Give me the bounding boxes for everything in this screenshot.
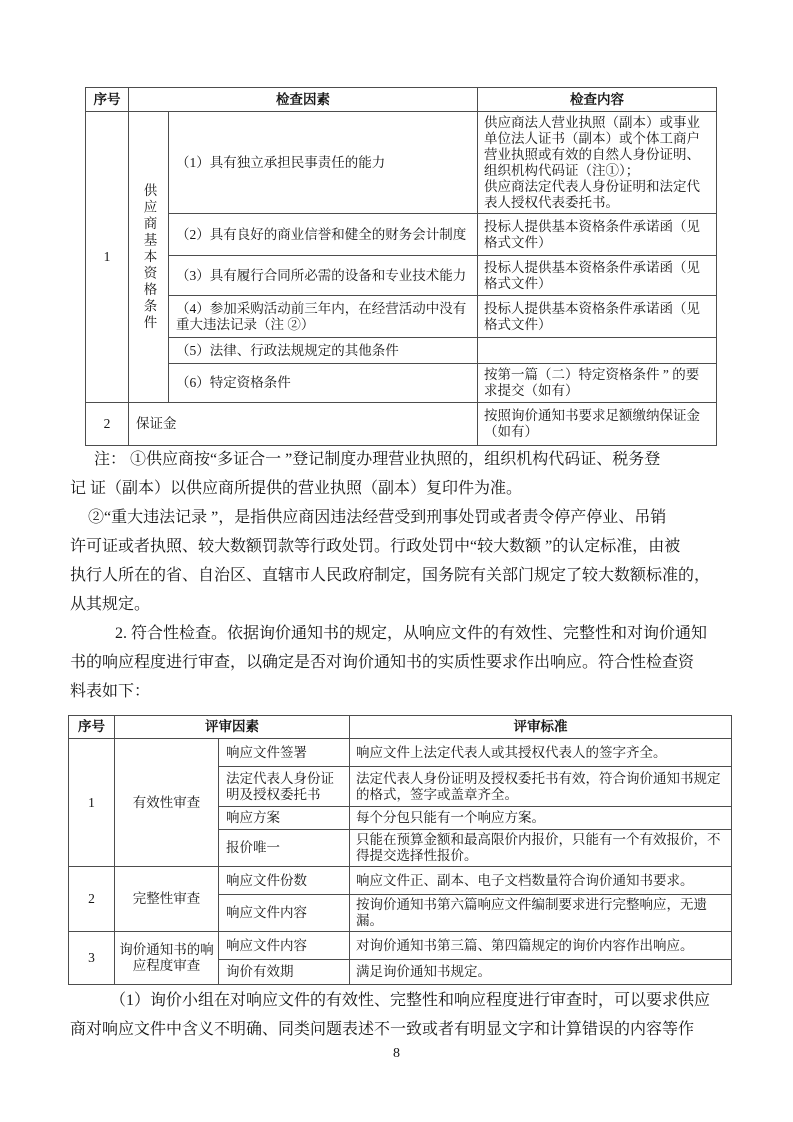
table-row: （5）法律、行政法规规定的其他条件 xyxy=(86,338,717,364)
header-review-standard: 评审标准 xyxy=(350,716,732,739)
note-2: ②“重大违法记录 ”，是指供应商因违法经营受到刑事处罚或者责令停产停业、吊销 许… xyxy=(70,503,730,619)
header-check-factor: 检查因素 xyxy=(129,88,478,112)
review-factor: 询价有效期 xyxy=(219,960,350,985)
check-factor: （5）法律、行政法规规定的其他条件 xyxy=(169,338,478,364)
review-factor: 报价唯一 xyxy=(219,830,350,867)
review-standard: 对询价通知书第三篇、第四篇规定的询价内容作出响应。 xyxy=(350,932,732,960)
review-factor: 法定代表人身份证明及授权委托书 xyxy=(219,767,350,807)
table-row: （2）具有良好的商业信誉和健全的财务会计制度 投标人提供基本资格条件承诺函（见格… xyxy=(86,214,717,256)
category-cell: 供应商基本资格条件 xyxy=(129,112,169,403)
review-standard: 每个分包只能有一个响应方案。 xyxy=(350,807,732,830)
header-review-factor: 评审因素 xyxy=(115,716,350,739)
table-header-row: 序号 检查因素 检查内容 xyxy=(86,88,717,112)
check-factor: （4）参加采购活动前三年内，在经营活动中没有重大违法记录（注 ②） xyxy=(169,296,478,338)
table-row: 1 供应商基本资格条件 （1）具有独立承担民事责任的能力 供应商法人营业执照（副… xyxy=(86,112,717,214)
review-factor: 响应方案 xyxy=(219,807,350,830)
review-factor: 响应文件签署 xyxy=(219,739,350,767)
document-page: 序号 检查因素 检查内容 1 供应商基本资格条件 （1）具有独立承担民事责任的能… xyxy=(0,0,793,1122)
table-row: （3）具有履行合同所必需的设备和专业技术能力 投标人提供基本资格条件承诺函（见格… xyxy=(86,256,717,296)
review-standard: 法定代表人身份证明及授权委托书有效，符合询价通知书规定的格式，签字或盖章齐全。 xyxy=(350,767,732,807)
check-content: 投标人提供基本资格条件承诺函（见格式文件） xyxy=(478,256,717,296)
table-row: 2 完整性审查 响应文件份数 响应文件正、副本、电子文档数量符合询价通知书要求。 xyxy=(69,867,732,895)
table-row: 3 询价通知书的响应程度审查 响应文件内容 对询价通知书第三篇、第四篇规定的询价… xyxy=(69,932,732,960)
compliance-review-table: 序号 评审因素 评审标准 1 有效性审查 响应文件签署 响应文件上法定代表人或其… xyxy=(68,715,732,985)
paragraph-compliance-check: 2. 符合性检查。依据询价通知书的规定，从响应文件的有效性、完整性和对询价通知 … xyxy=(70,619,730,706)
review-standard: 响应文件正、副本、电子文档数量符合询价通知书要求。 xyxy=(350,867,732,895)
check-factor: （3）具有履行合同所必需的设备和专业技术能力 xyxy=(169,256,478,296)
review-standard: 响应文件上法定代表人或其授权代表人的签字齐全。 xyxy=(350,739,732,767)
review-standard: 只能在预算金额和最高限价内报价，只能有一个有效报价，不得提交选择性报价。 xyxy=(350,830,732,867)
review-standard: 满足询价通知书规定。 xyxy=(350,960,732,985)
review-factor: 响应文件份数 xyxy=(219,867,350,895)
note-1: 注： ①供应商按“多证合一 ”登记制度办理营业执照的，组织机构代码证、税务登 记… xyxy=(70,445,730,503)
header-serial: 序号 xyxy=(69,716,115,739)
serial-number: 3 xyxy=(69,932,115,985)
check-content xyxy=(478,338,717,364)
check-content: 投标人提供基本资格条件承诺函（见格式文件） xyxy=(478,296,717,338)
check-content: 供应商法人营业执照（副本）或事业单位法人证书（副本）或个体工商户营业执照或有效的… xyxy=(478,112,717,214)
qualification-check-table: 序号 检查因素 检查内容 1 供应商基本资格条件 （1）具有独立承担民事责任的能… xyxy=(85,87,717,446)
check-factor: （6）特定资格条件 xyxy=(169,364,478,403)
serial-number: 2 xyxy=(69,867,115,932)
page-number: 8 xyxy=(0,1046,793,1062)
table-row: 2 保证金 按照询价通知书要求足额缴纳保证金（如有） xyxy=(86,403,717,446)
check-content: 按第一篇（二）特定资格条件 ” 的要求提交（如有） xyxy=(478,364,717,403)
review-group-label: 完整性审查 xyxy=(115,867,219,932)
header-serial: 序号 xyxy=(86,88,129,112)
paragraph-clarification: （1）询价小组在对响应文件的有效性、完整性和响应程度进行审查时，可以要求供应 商… xyxy=(70,986,730,1044)
table-row: （4）参加采购活动前三年内，在经营活动中没有重大违法记录（注 ②） 投标人提供基… xyxy=(86,296,717,338)
review-group-label: 询价通知书的响应程度审查 xyxy=(115,932,219,985)
review-factor: 响应文件内容 xyxy=(219,932,350,960)
table-row: （6）特定资格条件 按第一篇（二）特定资格条件 ” 的要求提交（如有） xyxy=(86,364,717,403)
bottom-paragraph-section: （1）询价小组在对响应文件的有效性、完整性和响应程度进行审查时，可以要求供应 商… xyxy=(70,986,730,1044)
serial-number: 2 xyxy=(86,403,129,446)
check-content: 按照询价通知书要求足额缴纳保证金（如有） xyxy=(478,403,717,446)
header-check-content: 检查内容 xyxy=(478,88,717,112)
notes-section: 注： ①供应商按“多证合一 ”登记制度办理营业执照的，组织机构代码证、税务登 记… xyxy=(70,445,730,706)
review-factor: 响应文件内容 xyxy=(219,895,350,932)
check-factor: 保证金 xyxy=(129,403,478,446)
serial-number: 1 xyxy=(86,112,129,403)
check-factor: （1）具有独立承担民事责任的能力 xyxy=(169,112,478,214)
check-factor: （2）具有良好的商业信誉和健全的财务会计制度 xyxy=(169,214,478,256)
serial-number: 1 xyxy=(69,739,115,867)
vertical-category-label: 供应商基本资格条件 xyxy=(139,183,159,332)
table-header-row: 序号 评审因素 评审标准 xyxy=(69,716,732,739)
table-row: 1 有效性审查 响应文件签署 响应文件上法定代表人或其授权代表人的签字齐全。 xyxy=(69,739,732,767)
check-content: 投标人提供基本资格条件承诺函（见格式文件） xyxy=(478,214,717,256)
review-standard: 按询价通知书第六篇响应文件编制要求进行完整响应，无遗漏。 xyxy=(350,895,732,932)
review-group-label: 有效性审查 xyxy=(115,739,219,867)
